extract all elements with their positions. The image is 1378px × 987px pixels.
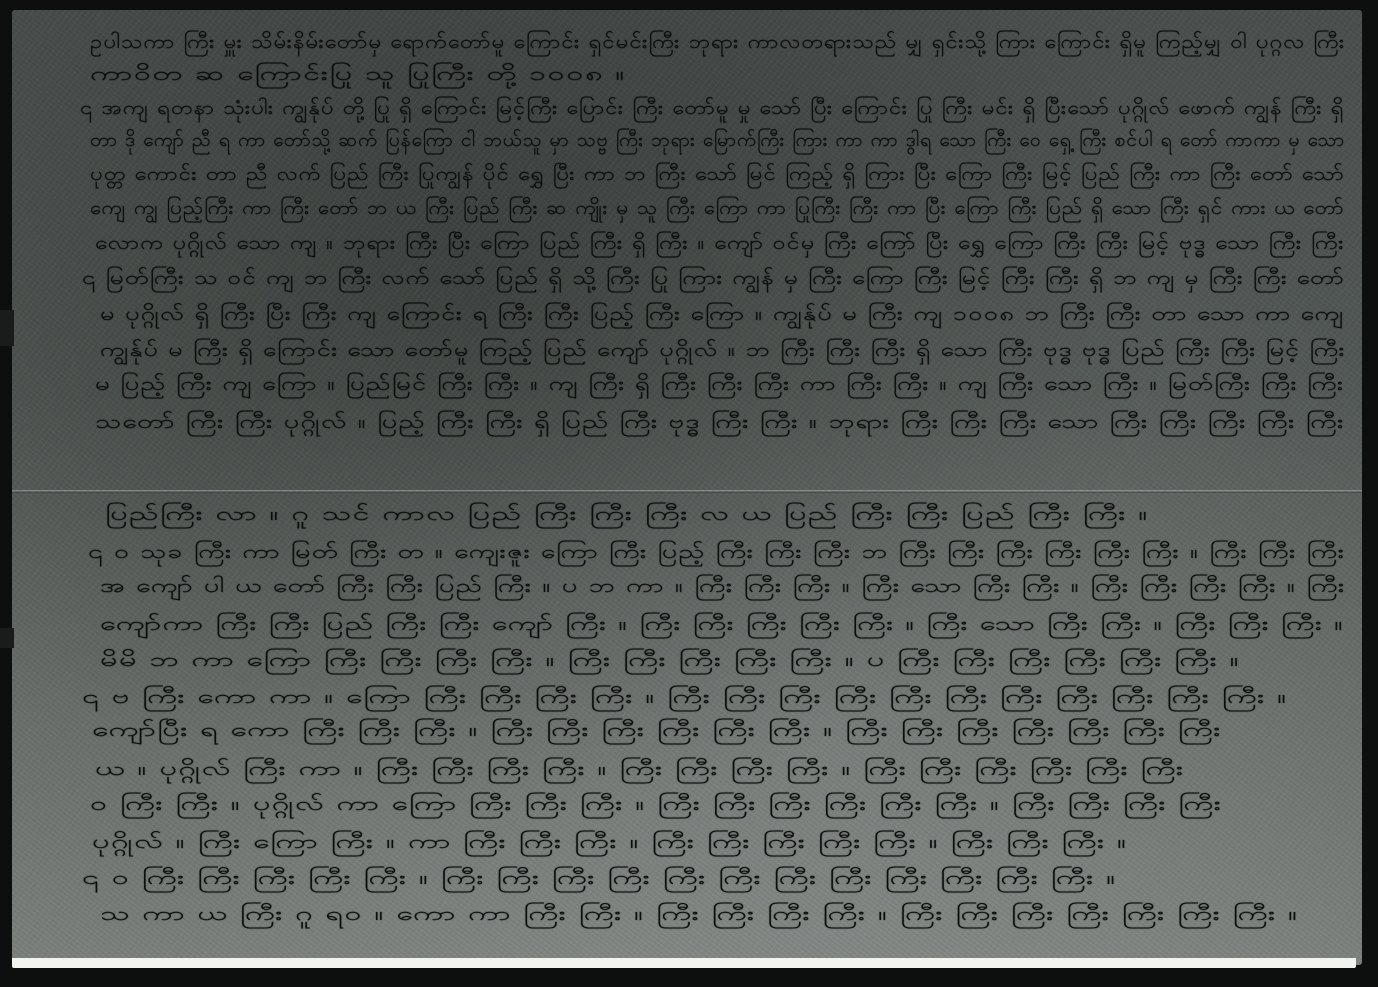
manuscript-line: ၎ မြတ်ကြီး သ ဝင် ကျ ဘ ကြီး လက် သော် ပြည်… xyxy=(82,266,1345,290)
manuscript-sheet xyxy=(12,10,1362,965)
manuscript-line: ကျော်ပြီး ရ ကော ကြီး ကြီး ကြီး ။ ကြီး ကြ… xyxy=(92,718,1222,742)
manuscript-line: ၎ ဝ ကြီး ကြီး ကြီး ကြီး ကြီး ။ ကြီး ကြီး… xyxy=(82,866,1117,890)
left-edge-damage xyxy=(0,310,14,346)
manuscript-line: ပြည်ကြီး လာ ။ ဂူ သင် ကာလ ပြည် ကြီး ကြီး … xyxy=(105,502,1149,526)
manuscript-line: ယ ။ ပုဂ္ဂိုလ် ကြီး ကာ ။ ကြီး ကြီး ကြီး က… xyxy=(95,757,1185,781)
manuscript-line: ၎ ဝ သုခ ကြီး ကာ မြတ် ကြီး တ ။ ကျေးဇူး ကြ… xyxy=(88,540,1345,564)
manuscript-line: လောက ပုဂ္ဂိုလ် သော ကျ ။ ဘုရား ကြီး ပြီး … xyxy=(95,231,1345,255)
manuscript-line: မ ပုဂ္ဂိုလ် ရှိ ကြီး ပြီး ကြီး ကျ ကြောင်… xyxy=(100,302,1345,326)
manuscript-line: တာ ဒို ကျော် ညီ ရ ကာ တော်သို့ ဆက် ပြန်ကြ… xyxy=(90,128,1345,152)
manuscript-line: ကာဝိတ ဆ ကြောင်းပြု သူ ပြုကြီး တို့ ၁၀၀၈ … xyxy=(90,62,626,86)
manuscript-line: ဝ ကြီး ကြီး ။ ပုဂ္ဂိုလ် ကာ ကြော ကြီး ကြီ… xyxy=(90,792,1222,816)
manuscript-line: ပုဂ္ဂိုလ် ။ ကြီး ကြော ကြီး ။ ကာ ကြီး ကြီ… xyxy=(92,830,1128,854)
manuscript-line: ၎ ဗ ကြီး ကော ကာ ။ ကြော ကြီး ကြီး ကြီး ကြ… xyxy=(82,685,1288,709)
manuscript-line: သ ကာ ယ ကြီး ဂူ ရဝ ။ ကော ကာ ကြီး ကြီး ။ က… xyxy=(100,902,1299,926)
manuscript-line: အ ကျော် ပါ ယ တော် ကြီး ကြီး ပြည် ကြီး ။ … xyxy=(100,574,1346,598)
left-edge-damage xyxy=(0,628,14,648)
manuscript-line: ကျော်ကာ ကြီး ကြီး ပြည် ကြီး ကြီး ကျော် က… xyxy=(100,612,1344,636)
manuscript-line: ကျေ ကျွ ပြည့်ကြီး ကာ ကြီး တော် ဘ ယ ကြီး … xyxy=(90,196,1345,220)
manuscript-line: မိမိ ဘ ကာ ကြော ကြီး ကြီး ကြီး ကြီး ။ ကြီ… xyxy=(100,648,1240,672)
manuscript-line: ဥပါသကာ ကြီး မှူး သိမ်းနိမ်းတော်မှ ရောက်တ… xyxy=(90,30,1345,54)
manuscript-line: ပုတ္တ ကောင်း တာ ညီ လက် ပြည် ကြီး ပြုကျွန… xyxy=(90,162,1345,186)
manuscript-line: သတော် ကြီး ကြီး ပုဂ္ဂိုလ် ။ ပြည့် ကြီး က… xyxy=(95,410,1345,434)
manuscript-line: ကျွန်ုပ် မ ကြီး ရှိ ကြောင်း သော တော်မူ က… xyxy=(100,338,1346,362)
paper-bottom-edge xyxy=(12,958,1356,968)
paper-fold-line xyxy=(12,490,1362,493)
manuscript-line: ၎ အကျ ရတနာ သုံးပါး ကျွန်ုပ် တို့ ပြု ရှိ… xyxy=(80,96,1344,120)
manuscript-line: မ ပြည့် ကြီး ကျ ကြော ။ ပြည်မြင် ကြီး ကြီ… xyxy=(95,372,1344,396)
